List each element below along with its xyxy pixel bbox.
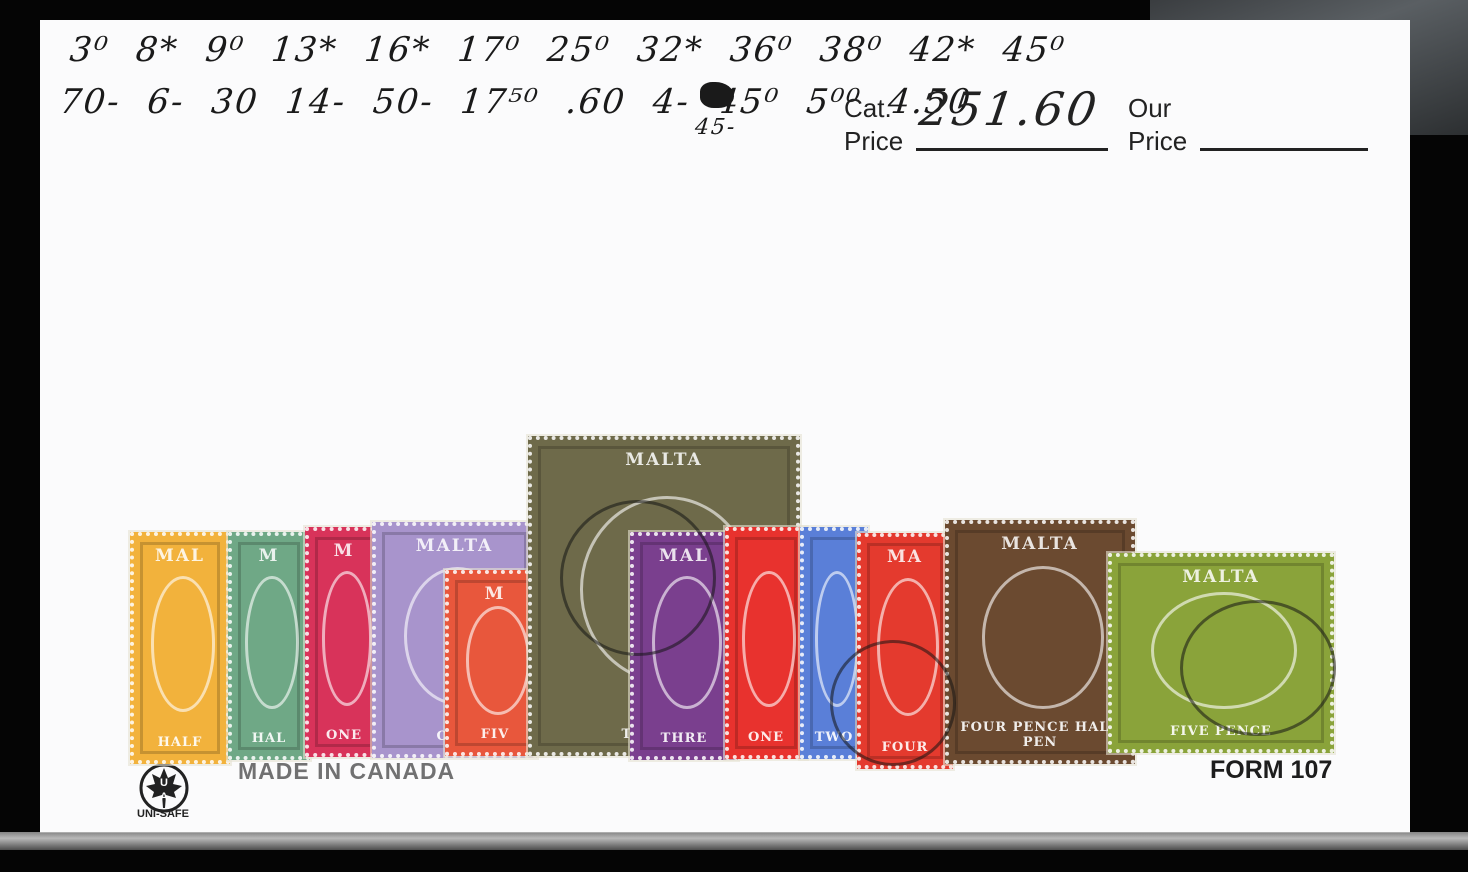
stamp-portrait — [1151, 592, 1297, 709]
stamp-portrait — [742, 571, 795, 707]
cat-price-label: Cat. Price — [844, 92, 903, 158]
svg-text:U: U — [160, 777, 168, 789]
cat-price-line — [916, 148, 1108, 151]
our-price-label: Our Price — [1128, 92, 1187, 158]
stamp-country: MALTA — [532, 450, 796, 470]
stamp-five-pence-green: MALTAFIVE PENCE — [1108, 553, 1334, 753]
sleeve-bottom-edge — [0, 832, 1468, 850]
svg-text:A: A — [160, 791, 168, 803]
stamp-portrait — [466, 606, 531, 715]
stamp-denomination: ONE — [729, 730, 803, 745]
stamp-denomination: TWO — [804, 730, 864, 745]
stamp-denomination: HALF — [134, 735, 226, 750]
stamp-country: MALTA — [949, 534, 1131, 554]
form-number: FORM 107 — [1210, 756, 1332, 785]
cat-price-value: 251.60 — [916, 82, 1103, 136]
stamp-portrait — [815, 571, 859, 707]
stamp-halfpenny-green: MHAL — [228, 532, 310, 760]
brand-name: UNI-SAFE — [137, 808, 189, 820]
our-price-line — [1200, 148, 1368, 151]
handwritten-note: 45- — [694, 115, 738, 140]
stamp-portrait — [652, 576, 722, 710]
stamp-country: MA — [861, 547, 949, 567]
stamp-denomination: FIVE PENCE — [1112, 724, 1330, 739]
stamp-portrait — [322, 571, 373, 706]
stamp-one-penny-red: ONE — [725, 527, 807, 759]
catalog-numbers-row1: 3⁰ 8* 9⁰ 13* 16* 17⁰ 25⁰ 32* 36⁰ 38⁰ 42*… — [68, 30, 1068, 70]
stamp-country: M — [232, 546, 306, 566]
stamp-country: MALTA — [376, 536, 533, 556]
stamp-portrait — [151, 576, 216, 712]
maple-leaf-logo-icon: U A — [138, 762, 190, 814]
stamp-country: MAL — [634, 546, 734, 566]
catalog-numbers-row2: 70- 6- 30 14- 50- 17⁵⁰ .60 4- 45⁰ 5⁰⁰ 4.… — [58, 82, 974, 122]
stamp-portrait — [877, 578, 939, 716]
stamp-denomination: THRE — [634, 731, 734, 746]
stamp-fourpence-red-black: MAFOUR — [857, 533, 953, 769]
stamp-threepence-purple: MALTHRE — [630, 532, 738, 760]
stamp-denomination: FOUR PENCE HALF PEN — [949, 720, 1131, 750]
stamp-denomination: ONE — [309, 728, 379, 743]
crossed-out-value — [700, 82, 734, 108]
made-in-canada-text: MADE IN CANADA — [238, 758, 455, 785]
stamp-portrait — [982, 566, 1104, 709]
stamp-halfpenny-yellow: MALHALF — [130, 532, 230, 764]
stamp-portrait — [245, 576, 298, 710]
stamp-country: M — [309, 541, 379, 561]
stamp-country: MAL — [134, 546, 226, 566]
stamp-denomination: HAL — [232, 731, 306, 746]
stamp-country: MALTA — [1112, 567, 1330, 587]
stamp-four-half-pence-brown: MALTAFOUR PENCE HALF PEN — [945, 520, 1135, 764]
stamp-denomination: FOUR — [861, 740, 949, 755]
